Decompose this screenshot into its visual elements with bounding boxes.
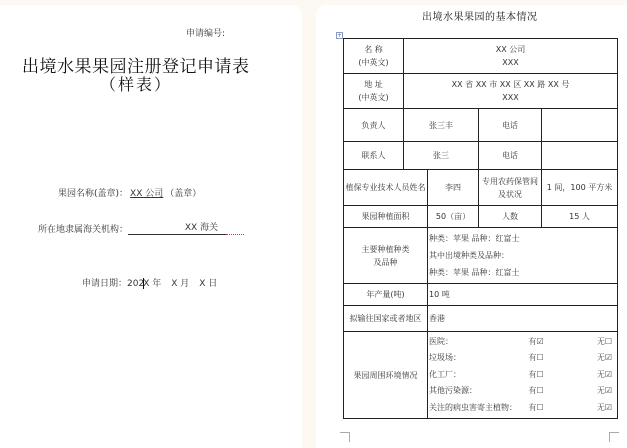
- name-value-cell[interactable]: XX 公司XXX: [404, 39, 618, 74]
- table-row-contact: 联系人 张三 电话: [344, 142, 618, 170]
- application-date-field[interactable]: 申请日期：202X 年X 月X 日: [82, 276, 217, 289]
- table-row-address: 地 址(中英文) XX 省 XX 市 XX 区 XX 路 XX 号XXX: [344, 74, 618, 109]
- table-row-responsible: 负责人 张三丰 电话: [344, 109, 618, 142]
- environment-values: 医院： 有☑ 无☐ 垃圾场： 有☐ 无☑ 化工厂： 有☐ 无☑ 其他污染源： 有…: [428, 332, 618, 419]
- date-year-start[interactable]: 202: [127, 279, 144, 289]
- customs-field[interactable]: 所在地隶属海关机构：XX 海关: [38, 222, 244, 235]
- env-item-other-pollution: 其他污染源： 有☐ 无☑: [429, 383, 616, 400]
- basic-info-title: 出境水果果园的基本情况: [422, 8, 538, 23]
- responsible-value[interactable]: 张三丰: [404, 109, 479, 142]
- date-month[interactable]: X 月: [171, 279, 189, 289]
- date-day[interactable]: X 日: [199, 279, 217, 289]
- orchard-name-label: 果园名称(盖章)：: [58, 189, 128, 199]
- plant-protection-value[interactable]: 李四: [428, 170, 479, 206]
- env-item-landfill: 垃圾场： 有☐ 无☑: [429, 350, 616, 367]
- table-move-handle-icon[interactable]: +: [336, 32, 343, 39]
- application-number-label: 申请编号:: [186, 26, 225, 39]
- table-row-main-crops: 主要种植种类及品种 种类：苹果 品种：红富士 其中出境种类及品种： 种类：苹果 …: [344, 228, 618, 284]
- checkbox-no[interactable]: 无☑: [592, 400, 612, 417]
- orchard-name-field[interactable]: 果园名称(盖章)：XX 公司（盖章）: [58, 186, 201, 199]
- people-label: 人数: [479, 206, 542, 228]
- name-label-cell: 名 称(中英文): [344, 39, 404, 74]
- address-label-cell: 地 址(中英文): [344, 74, 404, 109]
- checkbox-yes[interactable]: 有☐: [529, 350, 589, 367]
- table-row-destination: 拟输往国家或者地区 香港: [344, 306, 618, 332]
- checkbox-yes[interactable]: 有☐: [529, 400, 589, 417]
- area-label: 果园种植面积: [344, 206, 428, 228]
- table-row-plant-protection: 植保专业技术人员姓名 李四 专用农药保管间及状况 1 间，100 平方米: [344, 170, 618, 206]
- responsible-phone-label: 电话: [479, 109, 542, 142]
- date-year-end[interactable]: X 年: [143, 279, 161, 289]
- responsible-phone-value[interactable]: [542, 109, 618, 142]
- orchard-name-suffix: （盖章）: [165, 189, 201, 199]
- plant-protection-label: 植保专业技术人员姓名: [344, 170, 428, 206]
- contact-value[interactable]: 张三: [404, 142, 479, 170]
- table-row-area: 果园种植面积 50（亩） 人数 15 人: [344, 206, 618, 228]
- table-row-annual-yield: 年产量(吨) 10 吨: [344, 284, 618, 306]
- checkbox-yes[interactable]: 有☐: [529, 367, 589, 384]
- page-margin-corner-icon: [609, 432, 619, 442]
- main-crops-value[interactable]: 种类：苹果 品种：红富士 其中出境种类及品种： 种类：苹果 品种：红富士: [428, 228, 618, 284]
- orchard-name-value[interactable]: XX 公司: [128, 189, 165, 199]
- annual-yield-value[interactable]: 10 吨: [428, 284, 618, 306]
- people-value[interactable]: 15 人: [542, 206, 618, 228]
- page-margin-corner-icon: [340, 432, 350, 442]
- pesticide-storage-label: 专用农药保管间及状况: [479, 170, 542, 206]
- checkbox-no[interactable]: 无☑: [592, 367, 612, 384]
- contact-phone-label: 电话: [479, 142, 542, 170]
- checkbox-no[interactable]: 无☑: [592, 350, 612, 367]
- checkbox-no[interactable]: 无☑: [592, 383, 612, 400]
- responsible-label: 负责人: [344, 109, 404, 142]
- area-value[interactable]: 50（亩）: [428, 206, 479, 228]
- env-item-hospital: 医院： 有☑ 无☐: [429, 334, 616, 351]
- table-row-name: 名 称(中英文) XX 公司XXX: [344, 39, 618, 74]
- env-item-pest-host-plants: 关注的病虫害寄主植物： 有☐ 无☑: [429, 400, 616, 417]
- checkbox-yes[interactable]: 有☑: [529, 334, 589, 351]
- pesticide-storage-value[interactable]: 1 间，100 平方米: [542, 170, 618, 206]
- checkbox-yes[interactable]: 有☐: [529, 383, 589, 400]
- address-value-cell[interactable]: XX 省 XX 市 XX 区 XX 路 XX 号XXX: [404, 74, 618, 109]
- customs-value[interactable]: XX 海关: [128, 222, 228, 235]
- orchard-info-table: 名 称(中英文) XX 公司XXX 地 址(中英文) XX 省 XX 市 XX …: [343, 38, 618, 419]
- date-label: 申请日期：: [82, 279, 127, 289]
- contact-label: 联系人: [344, 142, 404, 170]
- env-item-chemical-plant: 化工厂： 有☐ 无☑: [429, 367, 616, 384]
- table-row-environment: 果园周围环境情况 医院： 有☑ 无☐ 垃圾场： 有☐ 无☑ 化工厂： 有☐ 无☑…: [344, 332, 618, 419]
- destination-value[interactable]: 香港: [428, 306, 618, 332]
- contact-phone-value[interactable]: [542, 142, 618, 170]
- main-crops-label: 主要种植种类及品种: [344, 228, 428, 284]
- checkbox-no[interactable]: 无☐: [592, 334, 612, 351]
- spellcheck-underline: [226, 232, 244, 235]
- destination-label: 拟输往国家或者地区: [344, 306, 428, 332]
- customs-label: 所在地隶属海关机构：: [38, 225, 128, 235]
- environment-label: 果园周围环境情况: [344, 332, 428, 419]
- annual-yield-label: 年产量(吨): [344, 284, 428, 306]
- page-subtitle: （样表）: [100, 72, 172, 95]
